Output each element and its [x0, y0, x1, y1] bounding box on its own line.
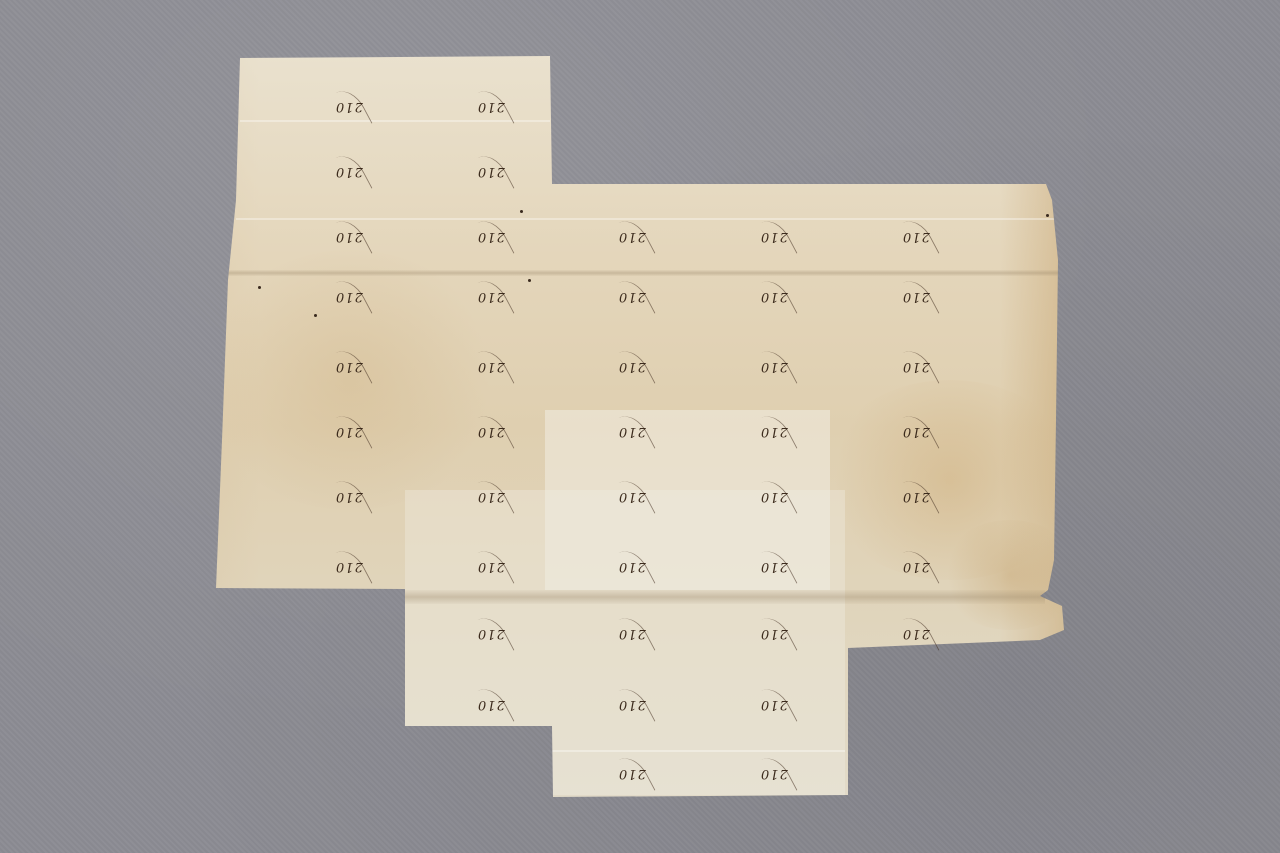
numeral-text: 210 [618, 489, 646, 504]
numeral-text: 210 [618, 229, 646, 244]
fold-line [405, 750, 845, 752]
photograph: 2102102102102102102102102102102102102102… [0, 0, 1280, 853]
handwritten-numeral: 210 [756, 485, 802, 525]
handwritten-numeral: 210 [473, 420, 519, 460]
numeral-text: 210 [902, 626, 930, 641]
numeral-text: 210 [618, 424, 646, 439]
handwritten-numeral: 210 [898, 622, 944, 662]
handwritten-numeral: 210 [614, 485, 660, 525]
pinhole [1046, 214, 1049, 217]
numeral-text: 210 [618, 559, 646, 574]
handwritten-numeral: 210 [331, 485, 377, 525]
numeral-text: 210 [477, 289, 505, 304]
numeral-text: 210 [618, 766, 646, 781]
numeral-text: 210 [335, 489, 363, 504]
pinhole [520, 210, 523, 213]
handwritten-numeral: 210 [473, 285, 519, 325]
numeral-text: 210 [618, 359, 646, 374]
handwritten-numeral: 210 [473, 225, 519, 265]
handwritten-numeral: 210 [331, 285, 377, 325]
numeral-text: 210 [335, 289, 363, 304]
handwritten-numeral: 210 [898, 555, 944, 595]
numeral-text: 210 [760, 626, 788, 641]
handwritten-numeral: 210 [614, 285, 660, 325]
pinhole [314, 314, 317, 317]
handwritten-numeral: 210 [898, 485, 944, 525]
handwritten-numeral: 210 [756, 355, 802, 395]
numeral-text: 210 [335, 424, 363, 439]
numeral-text: 210 [760, 559, 788, 574]
numeral-text: 210 [902, 289, 930, 304]
handwritten-numeral: 210 [614, 355, 660, 395]
handwritten-numeral: 210 [756, 225, 802, 265]
numeral-text: 210 [477, 99, 505, 114]
handwritten-numeral: 210 [614, 762, 660, 802]
handwritten-numeral: 210 [756, 420, 802, 460]
numeral-text: 210 [902, 229, 930, 244]
numeral-text: 210 [902, 359, 930, 374]
numeral-text: 210 [902, 489, 930, 504]
numeral-text: 210 [618, 697, 646, 712]
numeral-text: 210 [902, 424, 930, 439]
numeral-text: 210 [760, 766, 788, 781]
numeral-text: 210 [335, 164, 363, 179]
handwritten-numeral: 210 [756, 622, 802, 662]
numeral-text: 210 [618, 626, 646, 641]
handwritten-numeral: 210 [898, 420, 944, 460]
handwritten-numeral: 210 [331, 355, 377, 395]
pinhole [528, 279, 531, 282]
handwritten-numeral: 210 [473, 622, 519, 662]
numeral-text: 210 [477, 489, 505, 504]
numeral-text: 210 [760, 229, 788, 244]
handwritten-numeral: 210 [614, 693, 660, 733]
handwritten-numeral: 210 [614, 225, 660, 265]
handwritten-numeral: 210 [898, 225, 944, 265]
handwritten-numeral: 210 [898, 355, 944, 395]
handwritten-numeral: 210 [473, 485, 519, 525]
paper-stain [940, 520, 1080, 630]
handwritten-numeral: 210 [756, 285, 802, 325]
handwritten-numeral: 210 [331, 160, 377, 200]
numeral-text: 210 [902, 559, 930, 574]
handwritten-numeral: 210 [614, 622, 660, 662]
numeral-text: 210 [477, 626, 505, 641]
numeral-text: 210 [477, 559, 505, 574]
fold-line [228, 270, 1058, 276]
numeral-text: 210 [477, 359, 505, 374]
numeral-text: 210 [618, 289, 646, 304]
handwritten-numeral: 210 [473, 555, 519, 595]
handwritten-numeral: 210 [331, 420, 377, 460]
numeral-text: 210 [477, 164, 505, 179]
numeral-text: 210 [477, 229, 505, 244]
numeral-text: 210 [760, 489, 788, 504]
numeral-text: 210 [335, 99, 363, 114]
handwritten-numeral: 210 [614, 555, 660, 595]
numeral-text: 210 [335, 359, 363, 374]
handwritten-numeral: 210 [898, 285, 944, 325]
pinhole [258, 286, 261, 289]
handwritten-numeral: 210 [473, 355, 519, 395]
handwritten-numeral: 210 [473, 95, 519, 135]
numeral-text: 210 [335, 229, 363, 244]
numeral-text: 210 [760, 424, 788, 439]
numeral-text: 210 [477, 697, 505, 712]
handwritten-numeral: 210 [614, 420, 660, 460]
numeral-text: 210 [760, 289, 788, 304]
numeral-text: 210 [760, 359, 788, 374]
handwritten-numeral: 210 [331, 555, 377, 595]
numeral-text: 210 [477, 424, 505, 439]
numeral-text: 210 [335, 559, 363, 574]
handwritten-numeral: 210 [473, 693, 519, 733]
handwritten-numeral: 210 [331, 225, 377, 265]
paper-stain [820, 380, 1080, 580]
handwritten-numeral: 210 [756, 555, 802, 595]
handwritten-numeral: 210 [756, 693, 802, 733]
fold-line [236, 218, 1056, 220]
handwritten-numeral: 210 [331, 95, 377, 135]
handwritten-numeral: 210 [473, 160, 519, 200]
handwritten-numeral: 210 [756, 762, 802, 802]
numeral-text: 210 [760, 697, 788, 712]
